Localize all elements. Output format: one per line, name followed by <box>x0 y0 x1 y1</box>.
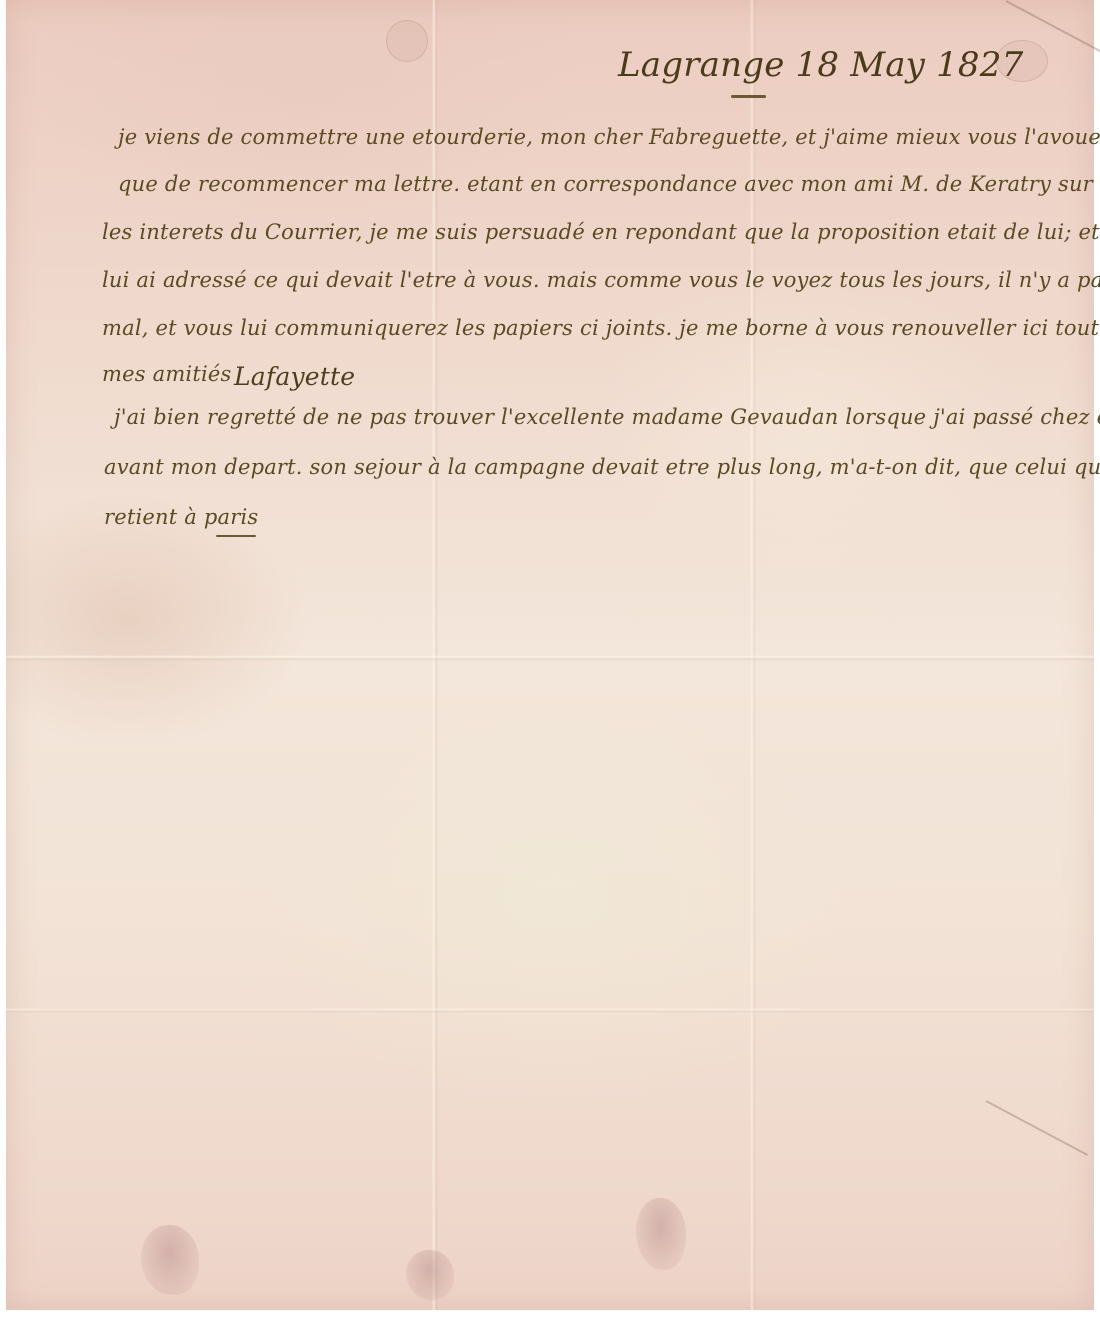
wax-stain-left <box>141 1225 199 1295</box>
body-line-2: que de recommencer ma lettre. etant en c… <box>118 172 1093 196</box>
postscript-underline <box>216 535 256 537</box>
seal-impression-mark <box>386 20 428 62</box>
wax-stain-center <box>406 1250 454 1300</box>
body-line-4: lui ai adressé ce qui devait l'etre à vo… <box>102 268 1100 292</box>
letter-dateline: Lagrange 18 May 1827 <box>618 45 1023 85</box>
horizontal-fold-crease <box>6 655 1094 661</box>
letter-paper: Lagrange 18 May 1827 je viens de commett… <box>6 0 1094 1310</box>
body-line-1: je viens de commettre une etourderie, mo… <box>118 125 1100 149</box>
body-line-5: mal, et vous lui communiquerez les papie… <box>102 316 1100 340</box>
postscript-line-2: avant mon depart. son sejour à la campag… <box>104 455 1100 479</box>
wax-stain-right <box>636 1198 686 1270</box>
closing-text: mes amitiés <box>102 362 232 386</box>
postscript-line-1: j'ai bien regretté de ne pas trouver l'e… <box>114 405 1100 429</box>
lower-fold-crease <box>6 1008 1094 1013</box>
postscript-line-3: retient à paris <box>104 505 258 529</box>
body-line-3: les interets du Courrier, je me suis per… <box>102 220 1100 244</box>
dateline-flourish <box>731 95 766 98</box>
bottom-right-tear-line <box>986 1100 1088 1156</box>
signature: Lafayette <box>234 362 355 391</box>
